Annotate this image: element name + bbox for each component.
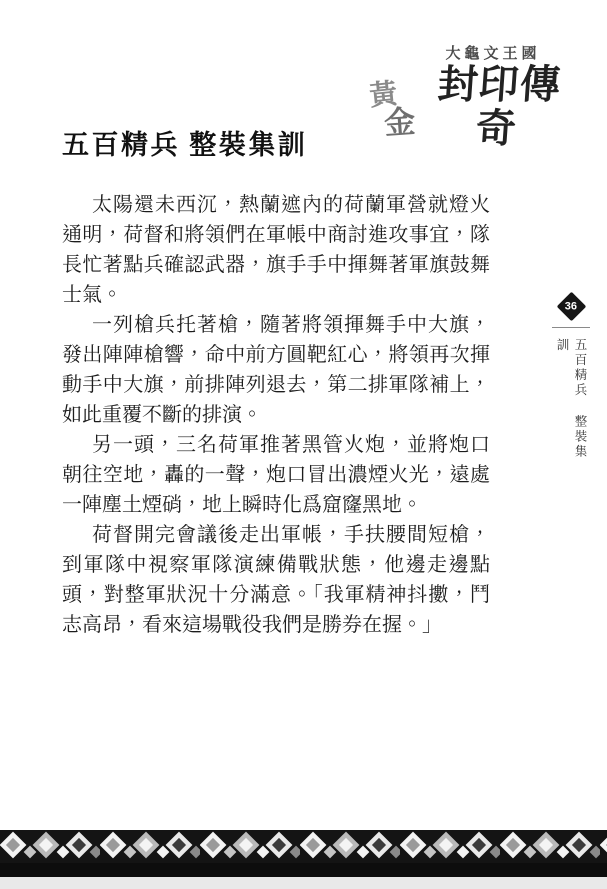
- logo-kingdom-text: 大龜文王國: [407, 42, 579, 63]
- sidebar-chapter-label: 五百精兵 整裝集訓: [553, 338, 589, 460]
- logo-char-jin: 金: [382, 96, 416, 143]
- logo-main-title: 封印傳奇: [414, 63, 582, 151]
- paragraph-2: 一列槍兵托著槍，隨著將領揮舞手中大旗，發出陣陣槍響，命中前方圓靶紅心，將領再次揮…: [62, 310, 490, 430]
- body-text: 太陽還未西沉，熱蘭遮內的荷蘭軍營就燈火通明，荷督和將領們在軍帳中商討進攻事宜，隊…: [62, 190, 490, 640]
- logo-title-row: 黃 金 封印傳奇: [369, 63, 579, 151]
- decorative-footer: [0, 830, 607, 889]
- paragraph-3: 另一頭，三名荷軍推著黑管火炮，並將炮口朝往空地，轟的一聲，炮口冒出濃煙火光，遠處…: [62, 430, 490, 520]
- page-margin-marker: 36 五百精兵 整裝集訓: [549, 296, 593, 460]
- book-page: 大龜文王國 黃 金 封印傳奇 五百精兵 整裝集訓 太陽還未西沉，熱蘭遮內的荷蘭軍…: [0, 0, 607, 889]
- page-number: 36: [565, 301, 577, 313]
- paragraph-4: 荷督開完會議後走出軍帳，手扶腰間短槍，到軍隊中視察軍隊演練備戰狀態，他邊走邊點頭…: [62, 520, 490, 640]
- paragraph-1: 太陽還未西沉，熱蘭遮內的荷蘭軍營就燈火通明，荷督和將領們在軍帳中商討進攻事宜，隊…: [62, 190, 490, 310]
- footer-light-strip: [0, 877, 607, 889]
- chapter-title: 五百精兵 整裝集訓: [62, 123, 307, 162]
- book-logo: 大龜文王國 黃 金 封印傳奇: [369, 42, 579, 151]
- logo-gold-characters: 黃 金: [369, 79, 417, 135]
- page-number-diamond: 36: [556, 292, 586, 322]
- sidebar-divider: [552, 327, 590, 328]
- tribal-border-pattern: [0, 830, 607, 877]
